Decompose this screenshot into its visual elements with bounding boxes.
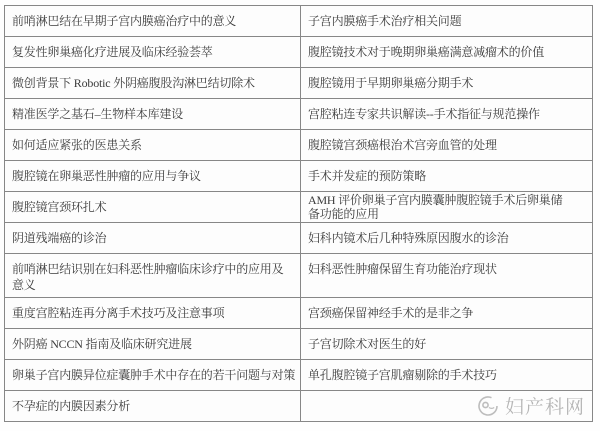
table-row: 腹腔镜宫颈环扎术 AMH 评价卵巢子宫内膜囊肿腹腔镜手术后卵巢储 备功能的应用 (5, 192, 592, 223)
topic-cell: 单孔腹腔镜子宫肌瘤剔除的手术技巧 (301, 360, 592, 390)
topic-cell: 前哨淋巴结识别在妇科恶性肿瘤临床诊疗中的应用及 意义 (5, 254, 301, 297)
topic-cell: 子宫内膜癌手术治疗相关问题 (301, 6, 592, 36)
table-row: 前哨淋巴结在早期子宫内膜癌治疗中的意义 子宫内膜癌手术治疗相关问题 (5, 6, 592, 37)
topic-cell: 复发性卵巢癌化疗进展及临床经验荟萃 (5, 37, 301, 67)
topic-cell: 外阴癌 NCCN 指南及临床研究进展 (5, 329, 301, 359)
table-row: 重度宫腔粘连再分离手术技巧及注意事项 宫颈癌保留神经手术的是非之争 (5, 298, 592, 329)
table-row: 卵巢子宫内膜异位症囊肿手术中存在的若干问题与对策 单孔腹腔镜子宫肌瘤剔除的手术技… (5, 360, 592, 391)
topic-cell: 前哨淋巴结在早期子宫内膜癌治疗中的意义 (5, 6, 301, 36)
topic-cell: 腹腔镜宫颈癌根治术宫旁血管的处理 (301, 130, 592, 160)
topic-cell: 妇科恶性肿瘤保留生育功能治疗现状 (301, 254, 592, 297)
topic-cell: 子宫切除术对医生的好 (301, 329, 592, 359)
topic-cell: 腹腔镜在卵巢恶性肿瘤的应用与争议 (5, 161, 301, 191)
table-row: 阴道残端癌的诊治 妇科内镜术后几种特殊原因腹水的诊治 (5, 223, 592, 254)
table-row: 如何适应紧张的医患关系 腹腔镜宫颈癌根治术宫旁血管的处理 (5, 130, 592, 161)
topic-cell: 腹腔镜技术对于晚期卵巢癌满意减瘤术的价值 (301, 37, 592, 67)
topic-cell: 不孕症的内膜因素分析 (5, 391, 301, 421)
topic-cell: 阴道残端癌的诊治 (5, 223, 301, 253)
table-row: 外阴癌 NCCN 指南及临床研究进展 子宫切除术对医生的好 (5, 329, 592, 360)
watermark: 妇产科网 (476, 392, 585, 419)
topic-cell: 腹腔镜宫颈环扎术 (5, 192, 301, 222)
topic-cell: 精准医学之基石–生物样本库建设 (5, 99, 301, 129)
agenda-table: 前哨淋巴结在早期子宫内膜癌治疗中的意义 子宫内膜癌手术治疗相关问题 复发性卵巢癌… (4, 5, 593, 422)
topic-cell: AMH 评价卵巢子宫内膜囊肿腹腔镜手术后卵巢储 备功能的应用 (301, 192, 592, 222)
topic-cell: 如何适应紧张的医患关系 (5, 130, 301, 160)
topic-cell: 卵巢子宫内膜异位症囊肿手术中存在的若干问题与对策 (5, 360, 301, 390)
table-row: 前哨淋巴结识别在妇科恶性肿瘤临床诊疗中的应用及 意义 妇科恶性肿瘤保留生育功能治… (5, 254, 592, 298)
table-row: 腹腔镜在卵巢恶性肿瘤的应用与争议 手术并发症的预防策略 (5, 161, 592, 192)
table-row: 微创背景下 Robotic 外阴癌腹股沟淋巴结切除术 腹腔镜用于早期卵巢癌分期手… (5, 68, 592, 99)
topic-cell: 微创背景下 Robotic 外阴癌腹股沟淋巴结切除术 (5, 68, 301, 98)
topic-cell: 手术并发症的预防策略 (301, 161, 592, 191)
topic-cell: 妇科内镜术后几种特殊原因腹水的诊治 (301, 223, 592, 253)
topic-cell: 宫腔粘连专家共识解读--手术指征与规范操作 (301, 99, 592, 129)
topic-cell: 腹腔镜用于早期卵巢癌分期手术 (301, 68, 592, 98)
table-row: 复发性卵巢癌化疗进展及临床经验荟萃 腹腔镜技术对于晚期卵巢癌满意减瘤术的价值 (5, 37, 592, 68)
topic-cell: 重度宫腔粘连再分离手术技巧及注意事项 (5, 298, 301, 328)
page: 前哨淋巴结在早期子宫内膜癌治疗中的意义 子宫内膜癌手术治疗相关问题 复发性卵巢癌… (0, 0, 600, 431)
table-row: 精准医学之基石–生物样本库建设 宫腔粘连专家共识解读--手术指征与规范操作 (5, 99, 592, 130)
watermark-text: 妇产科网 (505, 392, 585, 419)
topic-cell: 宫颈癌保留神经手术的是非之争 (301, 298, 592, 328)
obgyn-network-logo-icon (476, 394, 500, 418)
